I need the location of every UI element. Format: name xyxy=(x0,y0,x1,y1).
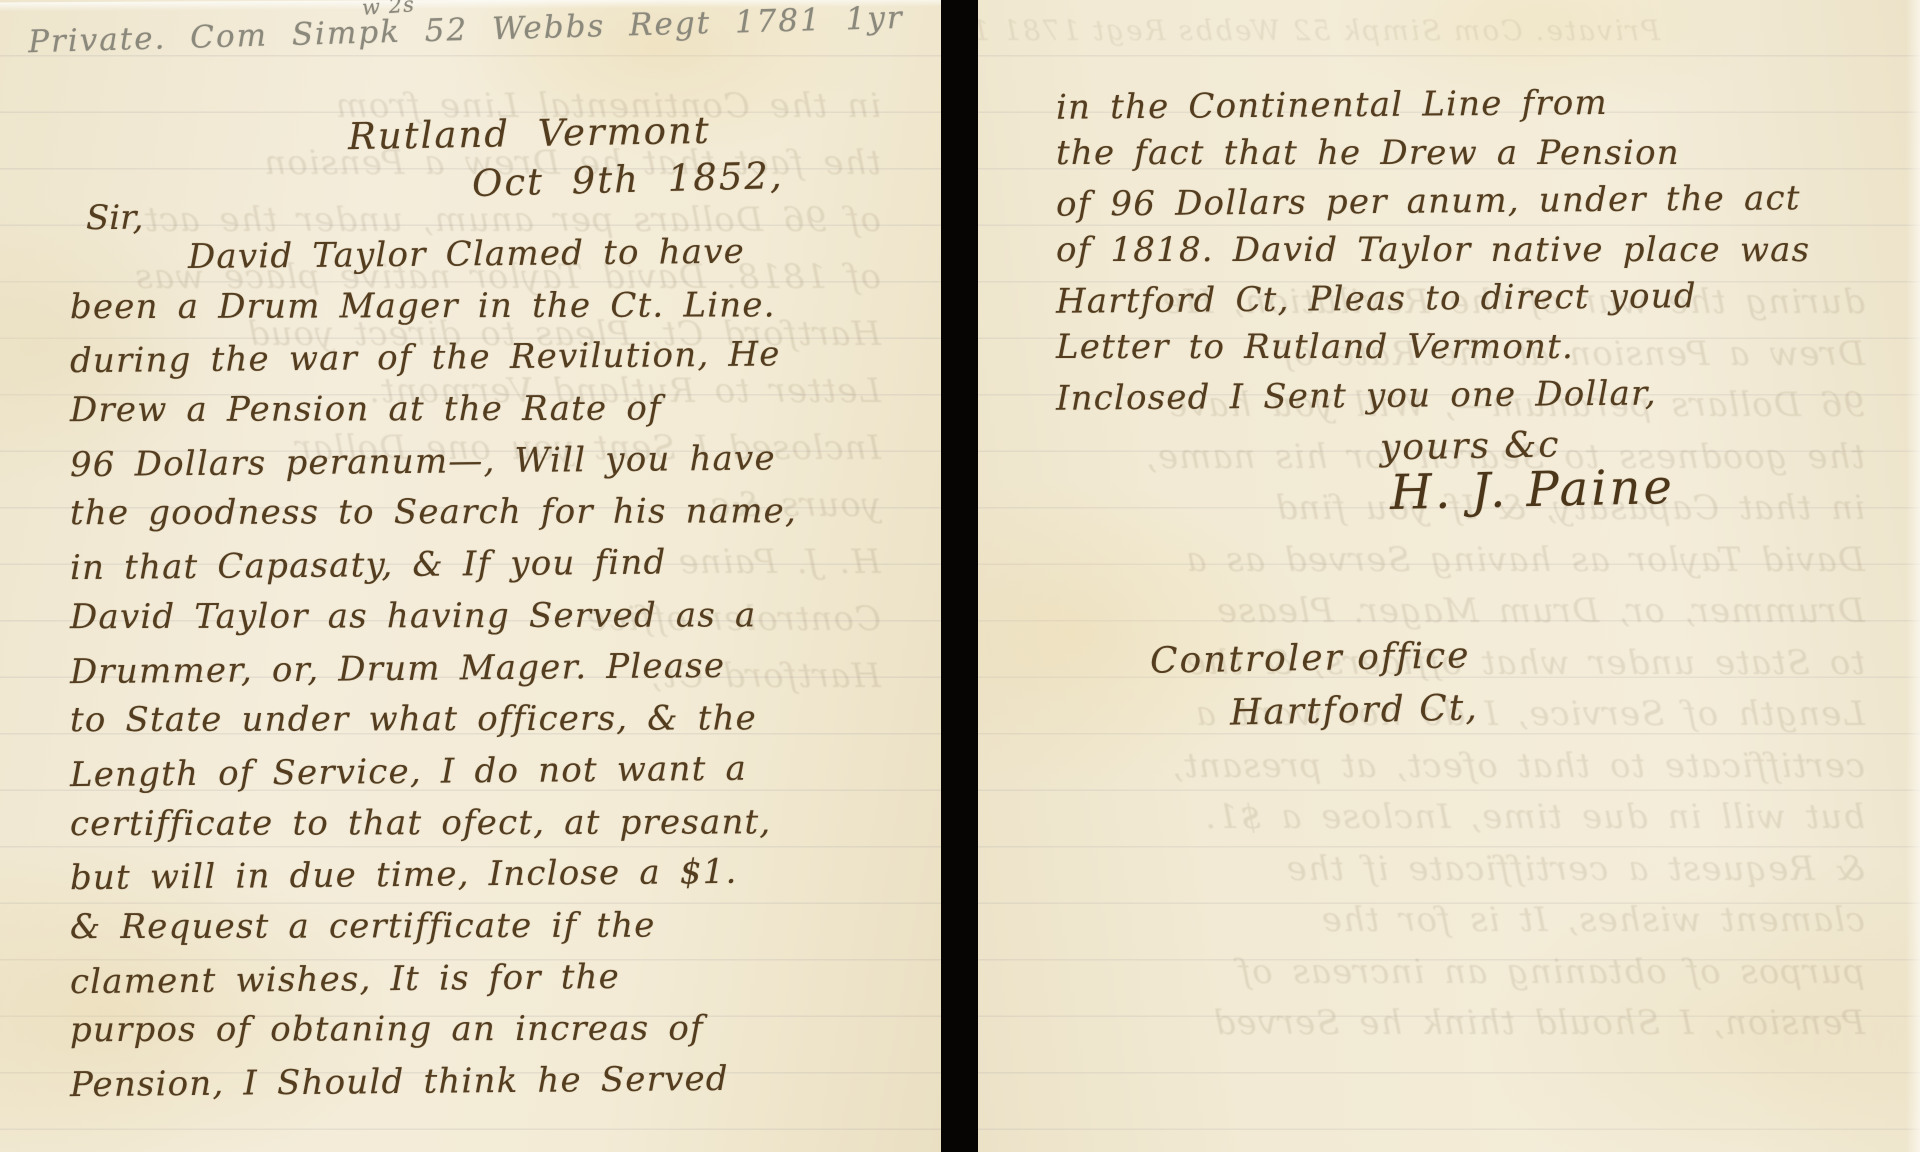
manuscript-line: but will in due time, Inclose a $1. xyxy=(70,850,940,910)
manuscript-line: purpos of obtaning an increas of xyxy=(70,1008,940,1062)
manuscript-line: Drew a Pension at the Rate of xyxy=(70,388,940,442)
manuscript-line: in that Capasaty, & If you find xyxy=(70,540,940,600)
manuscript-line: Drummer, or, Drum Mager. Please xyxy=(70,643,940,703)
salutation: Sir, xyxy=(86,198,144,238)
manuscript-line: in the Continental Line from xyxy=(1056,80,1916,136)
manuscript-line: during the war of the Revilution, He xyxy=(70,333,940,393)
manuscript-line: & Request a certifficate if the xyxy=(70,905,940,959)
recipient-city: Hartford Ct, xyxy=(1230,687,1479,733)
letter-page-right: Private. Com Simpk 52 Webbs Regt 1781 1y… xyxy=(978,0,1920,1152)
manuscript-line: Letter to Rutland Vermont. xyxy=(1056,327,1916,376)
letter-body-left: David Taylor Clamed to have been a Drum … xyxy=(70,234,940,1113)
manuscript-line: David Taylor as having Served as a xyxy=(70,595,940,649)
manuscript-line: to State under what officers, & the xyxy=(70,698,940,752)
letter-scan: in the Continental Line from the fact th… xyxy=(0,0,1920,1152)
manuscript-line: been a Drum Mager in the Ct. Line. xyxy=(70,285,940,339)
manuscript-line: Inclosed I Sent you one Dollar, xyxy=(1056,371,1916,427)
heading-place: Rutland Vermont xyxy=(348,109,711,158)
letter-page-left: in the Continental Line from the fact th… xyxy=(0,0,941,1152)
heading-date: Oct 9th 1852, xyxy=(471,154,784,205)
manuscript-line: the goodness to Search for his name, xyxy=(70,491,940,545)
signature: H. J. Paine xyxy=(1389,459,1675,521)
letter-body-right: in the Continental Line from the fact th… xyxy=(1056,84,1916,424)
manuscript-line: certifficate to that ofect, at presant, xyxy=(70,801,940,855)
recipient-office: Controler office xyxy=(1150,635,1471,682)
manuscript-line: clament wishes, It is for the xyxy=(70,953,940,1013)
manuscript-line: 96 Dollars peranum—, Will you have xyxy=(70,437,940,497)
manuscript-line: Length of Service, I do not want a xyxy=(70,747,940,807)
manuscript-line: Pension, I Should think he Served xyxy=(70,1057,940,1117)
manuscript-line: of 96 Dollars per anum, under the act xyxy=(1056,177,1916,233)
manuscript-line: David Taylor Clamed to have xyxy=(70,230,940,290)
manuscript-line: Hartford Ct, Pleas to direct youd xyxy=(1056,274,1916,330)
manuscript-line: of 1818. David Taylor native place was xyxy=(1056,230,1916,279)
pencil-docket: Private. Com Simpk 52 Webbs Regt 1781 1y… xyxy=(28,0,905,60)
manuscript-line: the fact that he Drew a Pension xyxy=(1056,133,1916,182)
